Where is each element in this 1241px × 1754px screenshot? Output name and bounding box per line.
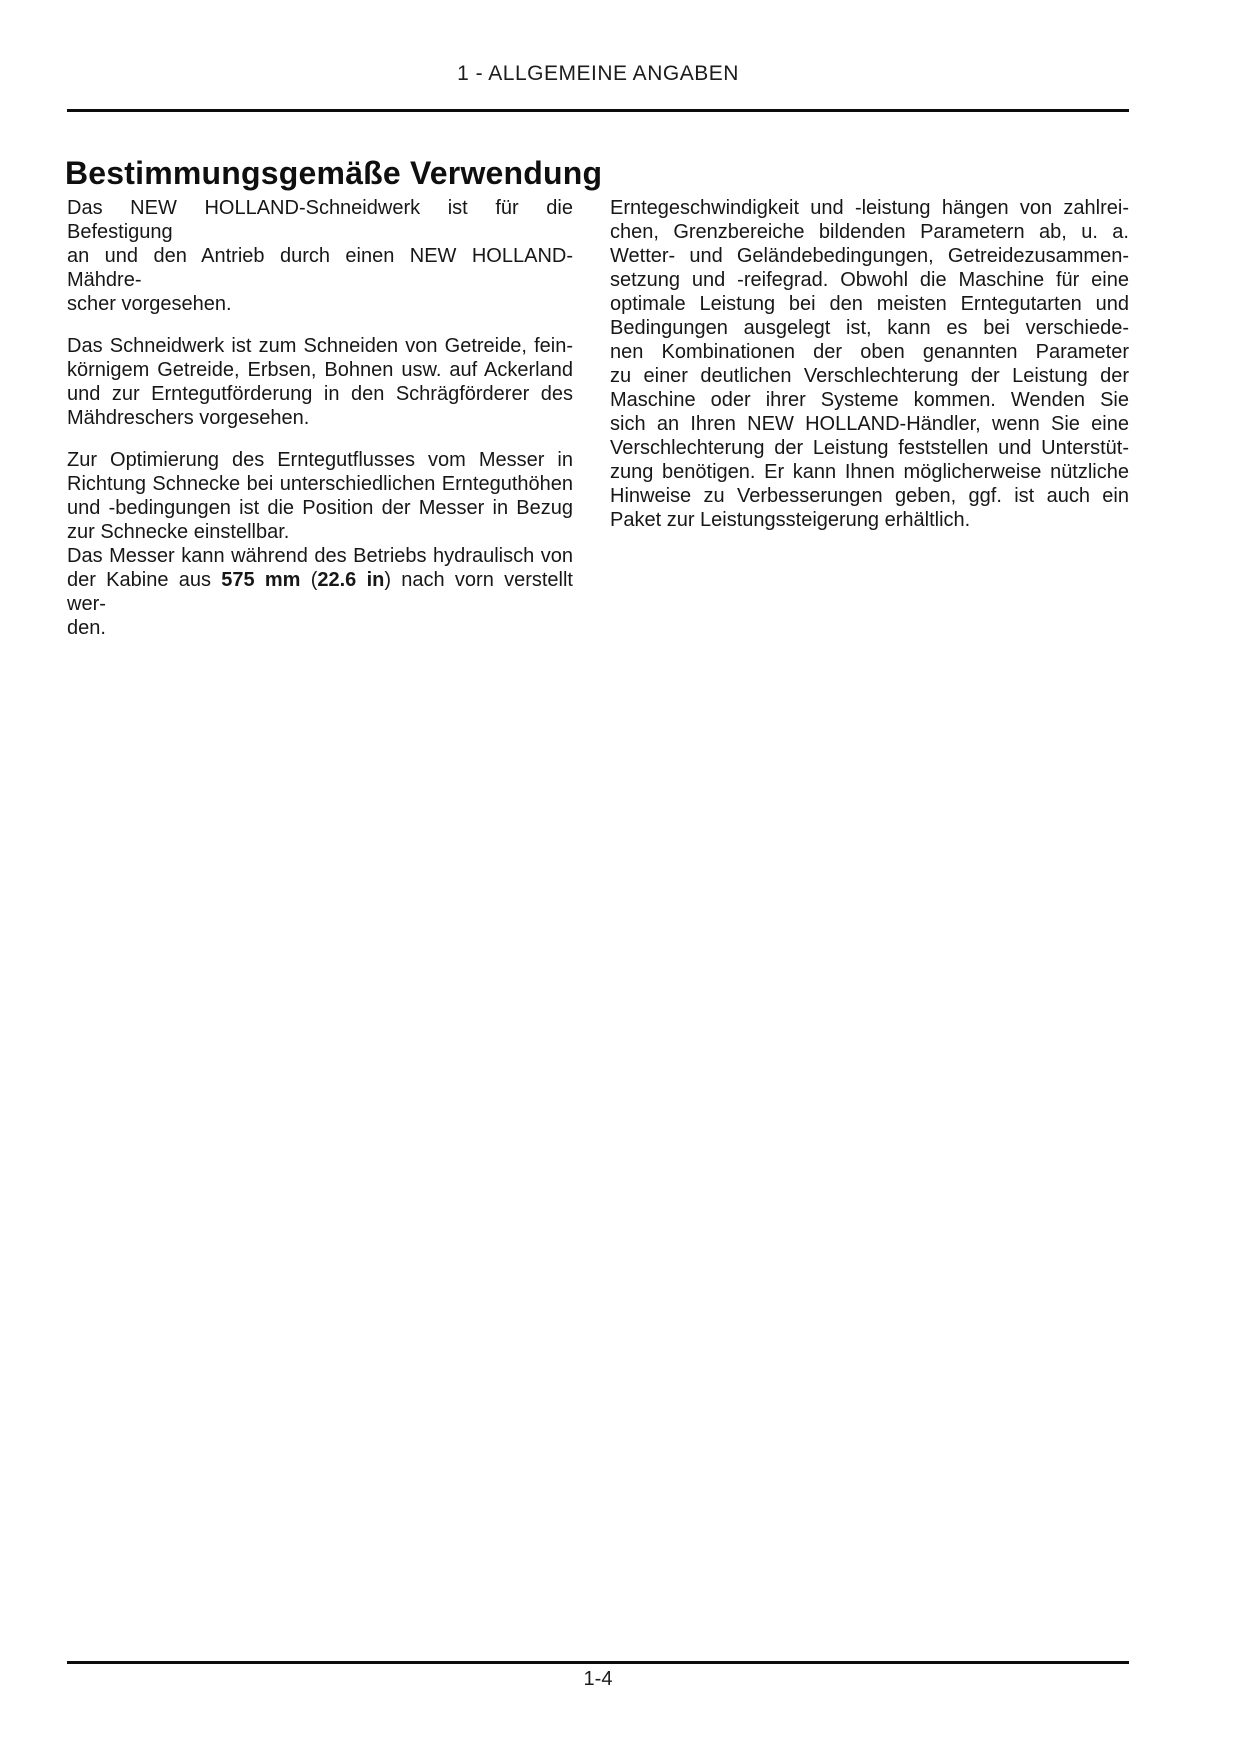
text-line: Wetter- und Geländebedingungen, Getreide…: [610, 244, 1129, 268]
text-line: Erntegeschwindigkeit und -leistung hänge…: [610, 196, 1129, 220]
paragraph: Zur Optimierung des Erntegutflusses vom …: [67, 448, 573, 544]
text-line: Richtung Schnecke bei unterschiedlichen …: [67, 472, 573, 496]
paragraph: Das Schneidwerk ist zum Schneiden von Ge…: [67, 334, 573, 430]
page-header: 1 - ALLGEMEINE ANGABEN: [67, 62, 1129, 86]
column-left: Das NEW HOLLAND-Schneidwerk ist für die …: [67, 196, 573, 658]
text-line: Verschlechterung der Leistung feststelle…: [610, 436, 1129, 460]
text-line: Hinweise zu Verbesserungen geben, ggf. i…: [610, 484, 1129, 508]
text-line: Das NEW HOLLAND-Schneidwerk ist für die …: [67, 196, 573, 244]
text-line: Paket zur Leistungssteigerung erhältlich…: [610, 508, 1129, 532]
text-line: und -bedingungen ist die Position der Me…: [67, 496, 573, 520]
text-line: den.: [67, 616, 573, 640]
header-rule: [67, 109, 1129, 112]
text-line: zur Schnecke einstellbar.: [67, 520, 573, 544]
text-line: sich an Ihren NEW HOLLAND-Händler, wenn …: [610, 412, 1129, 436]
text-line: Zur Optimierung des Erntegutflusses vom …: [67, 448, 573, 472]
text-line: scher vorgesehen.: [67, 292, 573, 316]
page-number: 1-4: [67, 1668, 1129, 1691]
paragraph: Erntegeschwindigkeit und -leistung hänge…: [610, 196, 1129, 532]
column-right: Erntegeschwindigkeit und -leistung hänge…: [610, 196, 1129, 658]
text-line: zu einer deutlichen Verschlechterung der…: [610, 364, 1129, 388]
footer-rule: [67, 1661, 1129, 1664]
page-content: 1 - ALLGEMEINE ANGABEN Bestimmungsgemäße…: [67, 0, 1129, 1754]
page-title: Bestimmungsgemäße Verwendung: [65, 155, 602, 192]
text-line: körnigem Getreide, Erbsen, Bohnen usw. a…: [67, 358, 573, 382]
text-line: Bedingungen ausgelegt ist, kann es bei v…: [610, 316, 1129, 340]
text-line: und zur Erntegutförderung in den Schrägf…: [67, 382, 573, 406]
paragraph: Das Messer kann während des Betriebs hyd…: [67, 544, 573, 640]
text-line: Das Messer kann während des Betriebs hyd…: [67, 544, 573, 568]
text-line: chen, Grenzbereiche bildenden Parametern…: [610, 220, 1129, 244]
text-line: optimale Leistung bei den meisten Ernteg…: [610, 292, 1129, 316]
text-columns: Das NEW HOLLAND-Schneidwerk ist für die …: [67, 196, 1129, 658]
text-line: der Kabine aus 575 mm (22.6 in) nach vor…: [67, 568, 573, 616]
text-line: Das Schneidwerk ist zum Schneiden von Ge…: [67, 334, 573, 358]
text-line: nen Kombinationen der oben genannten Par…: [610, 340, 1129, 364]
text-line: Maschine oder ihrer Systeme kommen. Wend…: [610, 388, 1129, 412]
text-line: an und den Antrieb durch einen NEW HOLLA…: [67, 244, 573, 292]
text-line: setzung und -reifegrad. Obwohl die Masch…: [610, 268, 1129, 292]
paragraph: Das NEW HOLLAND-Schneidwerk ist für die …: [67, 196, 573, 316]
text-line: Mähdreschers vorgesehen.: [67, 406, 573, 430]
text-line: zung benötigen. Er kann Ihnen möglicherw…: [610, 460, 1129, 484]
